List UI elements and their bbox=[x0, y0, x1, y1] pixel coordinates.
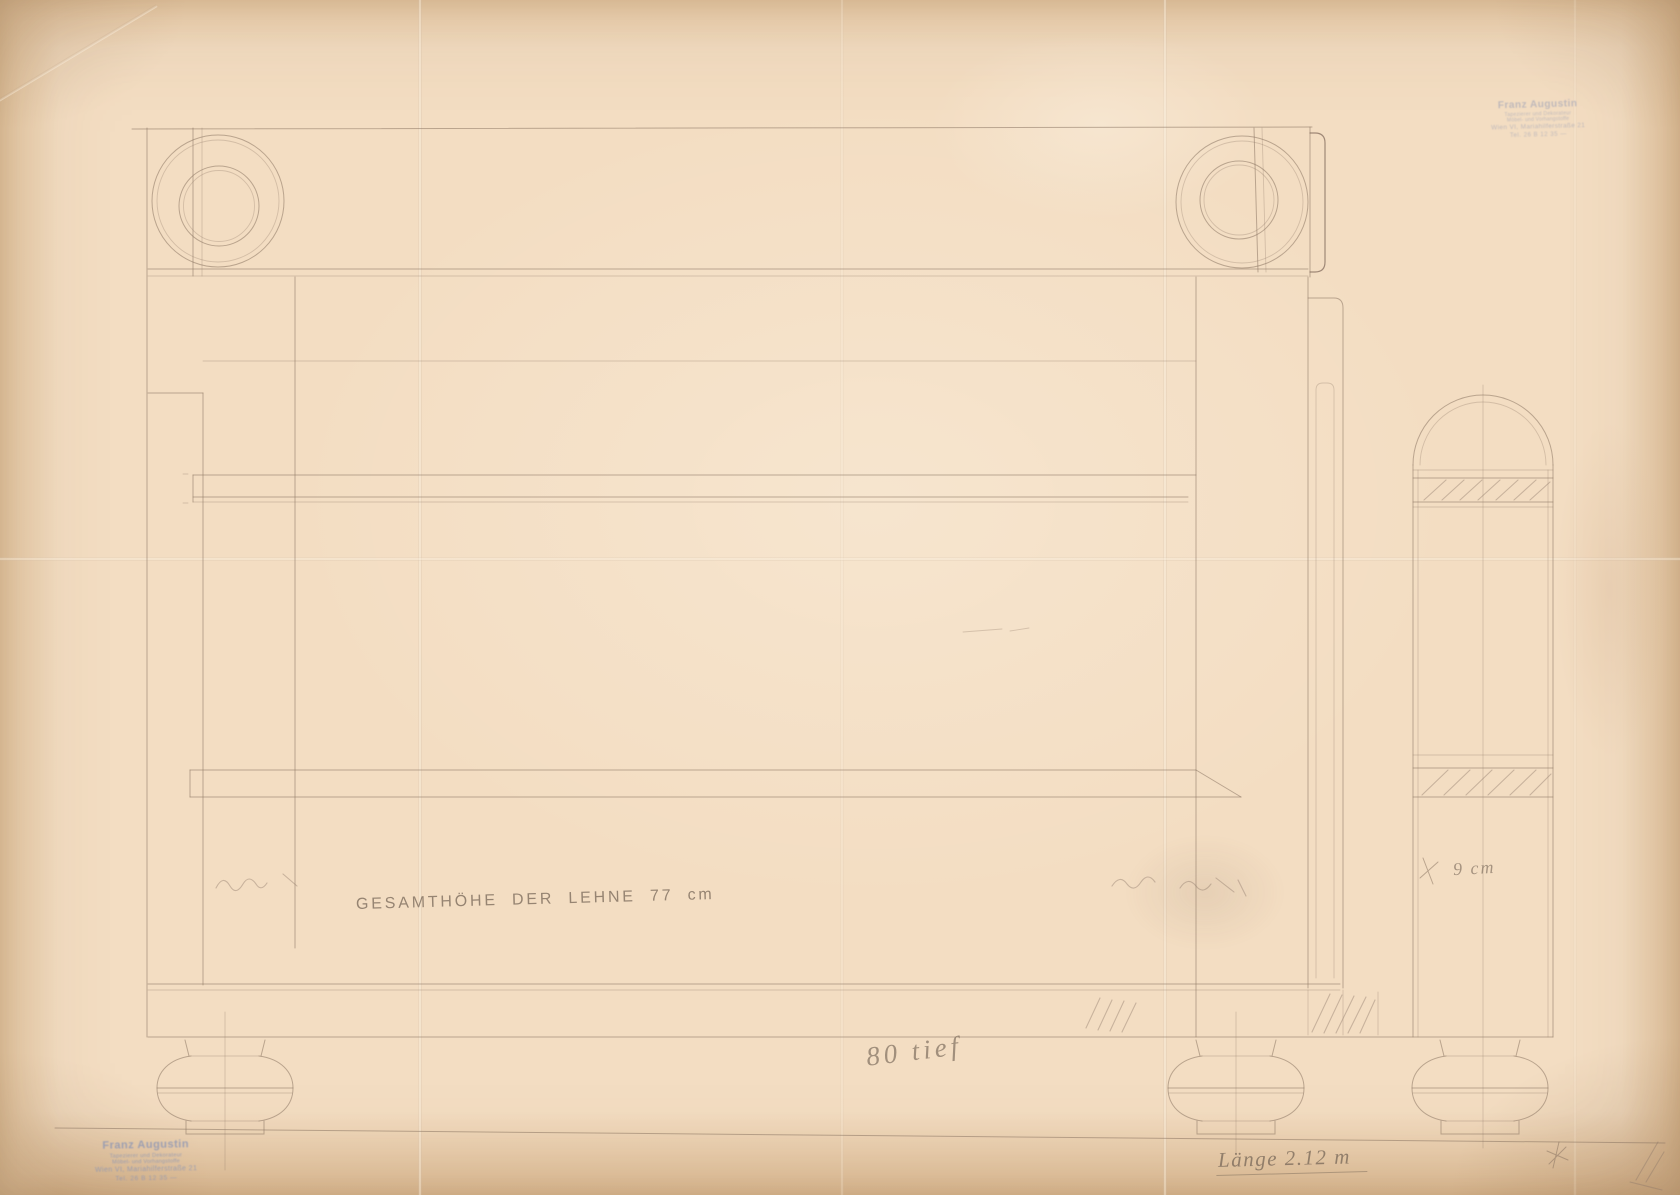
annotation-length: Länge 2.12 m bbox=[1216, 1144, 1368, 1176]
squiggle-right-1 bbox=[1112, 877, 1155, 888]
headboard-scroll-left bbox=[152, 128, 284, 276]
ground-line bbox=[55, 1128, 1665, 1143]
maker-stamp-top-right: Franz Augustin Tapezierer und Dekorateur… bbox=[1488, 97, 1588, 140]
corner-scribble bbox=[1630, 1142, 1664, 1190]
headboard-top-rail bbox=[132, 127, 1325, 1037]
side-rail-cross-section bbox=[1413, 385, 1553, 1148]
mattress-rail-upper bbox=[183, 474, 1196, 503]
squiggle-left bbox=[216, 874, 297, 891]
bun-foot-right bbox=[1412, 1040, 1548, 1134]
drawing-sheet: GESAMTHÖHE DER LEHNE 77 cm 80 tief Länge… bbox=[0, 0, 1680, 1195]
headboard-post-left bbox=[148, 277, 1196, 985]
frame-bottom-rail bbox=[148, 984, 1553, 1037]
stamp-line-1: Franz Augustin bbox=[84, 1138, 208, 1153]
pencil-drawing bbox=[0, 0, 1680, 1195]
headboard-scroll-right bbox=[1176, 128, 1308, 272]
maker-stamp-bottom-left: Franz Augustin Tapezierer und Dekorateur… bbox=[84, 1138, 209, 1184]
footboard-post-right bbox=[1196, 277, 1343, 1037]
squiggle-right-2 bbox=[1180, 878, 1246, 896]
mattress-rail-lower bbox=[190, 770, 1241, 797]
bun-foot-middle bbox=[1168, 1012, 1304, 1155]
x-mark bbox=[1420, 858, 1438, 884]
faint-dashes bbox=[963, 628, 1029, 632]
annotation-side-dimension: 9 cm bbox=[1452, 857, 1496, 880]
star-mark bbox=[1547, 1142, 1568, 1168]
